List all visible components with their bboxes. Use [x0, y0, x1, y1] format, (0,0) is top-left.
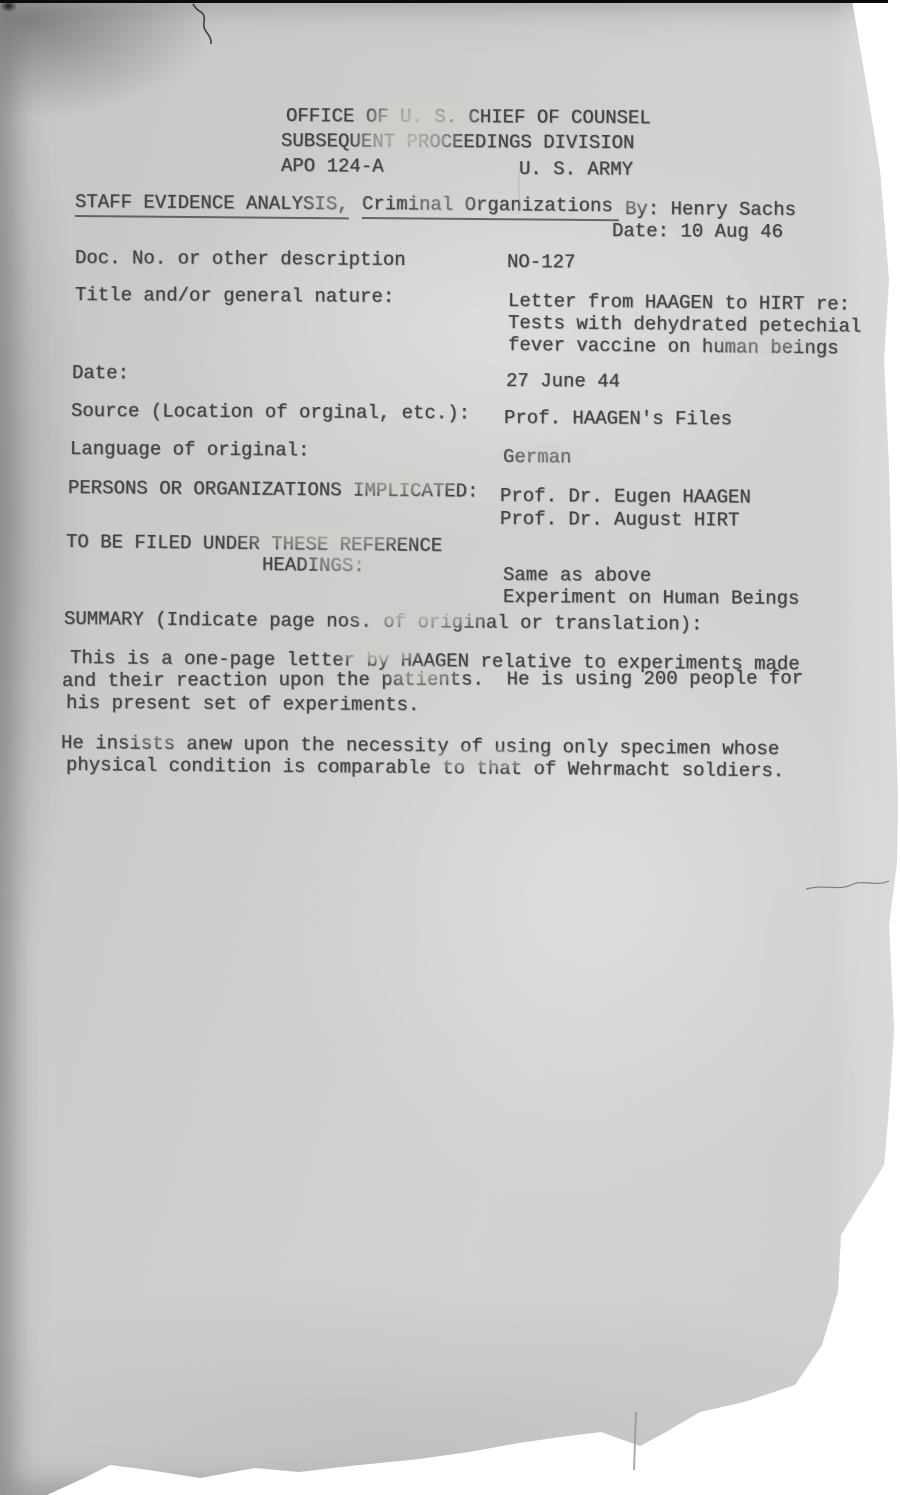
scan-border-top: [0, 0, 888, 3]
summary-p1-line-3: his present set of experiments.: [66, 691, 420, 717]
date-label: Date:: [72, 361, 129, 385]
persons-value-line-1: Prof. Dr. Eugen HAAGEN: [500, 484, 751, 510]
language-value: German: [503, 445, 572, 469]
letterhead-apo: APO 124-A: [281, 154, 384, 179]
persons-label: PERSONS OR ORGANIZATIONS IMPLICATED:: [68, 476, 479, 504]
doc-no-value: NO-127: [507, 250, 576, 274]
analysis-category: Criminal Organizations: [362, 192, 619, 221]
letterhead-line-1: OFFICE OF U. S. CHIEF OF COUNSEL: [286, 104, 651, 130]
torn-edge-highlight: [830, 0, 900, 1495]
paper-sheet: OFFICE OF U. S. CHIEF OF COUNSEL SUBSEQU…: [0, 0, 900, 1495]
scan-corner-shadow: [0, 0, 17, 12]
source-value: Prof. HAAGEN's Files: [504, 406, 732, 431]
date-value: 27 June 44: [506, 369, 620, 394]
persons-value-line-2: Prof. Dr. August HIRT: [500, 507, 740, 532]
filed-under-label-line-2: HEADINGS:: [262, 553, 365, 578]
doc-no-label: Doc. No. or other description: [75, 246, 406, 272]
letterhead-army: U. S. ARMY: [519, 157, 633, 182]
language-label: Language of original:: [70, 437, 310, 462]
summary-p1-line-2: and their reaction upon the patients. He…: [62, 666, 803, 693]
scanned-document-page: OFFICE OF U. S. CHIEF OF COUNSEL SUBSEQU…: [0, 0, 900, 1495]
title-value-line-3: fever vaccine on human beings: [508, 333, 839, 360]
source-label: Source (Location of orginal, etc.):: [71, 399, 470, 425]
title-label: Title and/or general nature:: [75, 283, 394, 309]
letterhead-line-2: SUBSEQUENT PROCEEDINGS DIVISION: [281, 129, 635, 155]
analysis-date: Date: 10 Aug 46: [612, 219, 783, 244]
filed-under-label-line-1: TO BE FILED UNDER THESE REFERENCE: [66, 530, 442, 558]
filed-under-value-line-2: Experiment on Human Beings: [503, 585, 800, 611]
analysis-heading: STAFF EVIDENCE ANALYSIS,: [75, 190, 349, 219]
bottom-torn-edge-shadow: [92, 1485, 337, 1490]
